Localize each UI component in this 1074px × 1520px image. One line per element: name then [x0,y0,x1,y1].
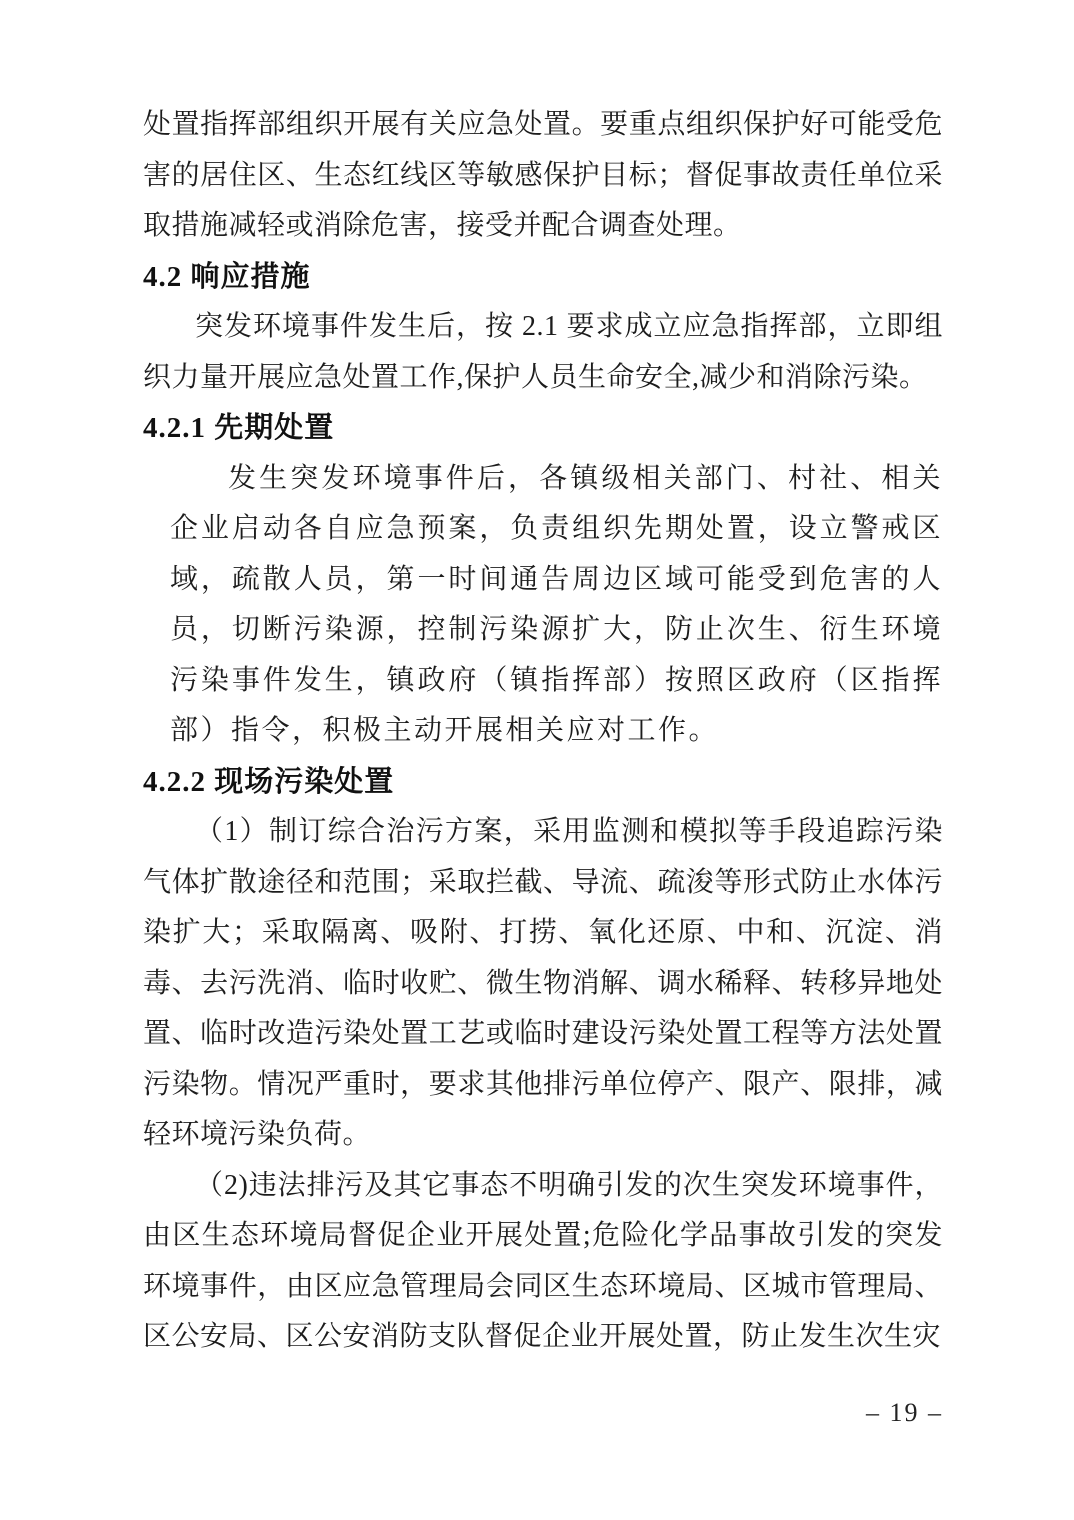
paragraph-continuation: 处置指挥部组织开展有关应急处置。要重点组织保护好可能受危害的居住区、生态红线区等… [143,100,943,252]
paragraph-pollution-disposal-1: （1）制订综合治污方案，采用监测和模拟等手段追踪污染气体扩散途径和范围；采取拦截… [143,807,943,1161]
paragraph-initial-disposal: 发生突发环境事件后，各镇级相关部门、村社、相关企业启动各自应急预案，负责组织先期… [170,454,943,757]
section-heading-4-2-1: 4.2.1 先期处置 [143,403,943,454]
document-body: 处置指挥部组织开展有关应急处置。要重点组织保护好可能受危害的居住区、生态红线区等… [143,100,943,1363]
paragraph-response-measures: 突发环境事件发生后，按 2.1 要求成立应急指挥部，立即组织力量开展应急处置工作… [143,302,943,403]
page-number: – 19 – [143,1398,943,1428]
section-heading-4-2: 4.2 响应措施 [143,252,943,303]
section-heading-4-2-2: 4.2.2 现场污染处置 [143,757,943,808]
document-page: 处置指挥部组织开展有关应急处置。要重点组织保护好可能受危害的居住区、生态红线区等… [0,0,1074,1520]
paragraph-pollution-disposal-2: （2)违法排污及其它事态不明确引发的次生突发环境事件，由区生态环境局督促企业开展… [143,1161,943,1363]
